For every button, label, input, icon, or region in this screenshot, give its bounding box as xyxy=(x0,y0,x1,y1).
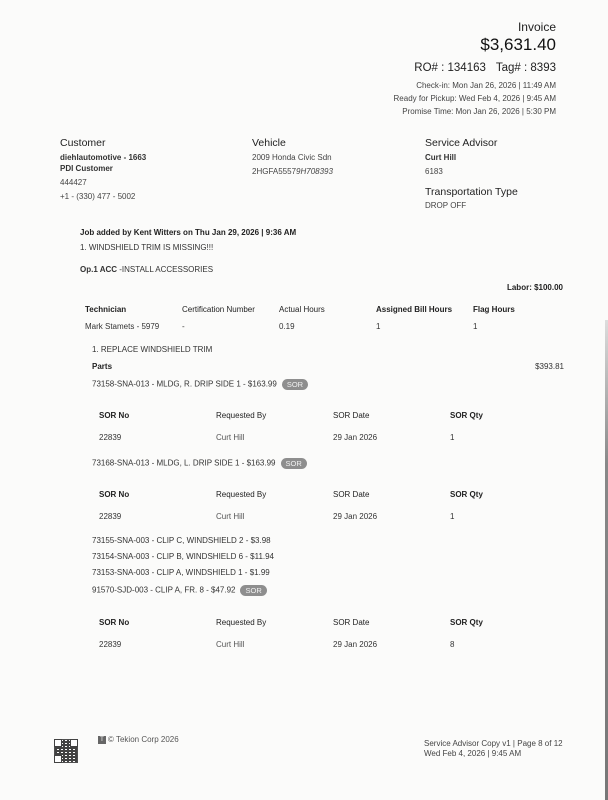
sor-table-header: SOR No Requested By SOR Date SOR Qty xyxy=(99,411,510,420)
ro-number: RO# : 134163 xyxy=(414,62,486,74)
vin-prefix: 2HGFA5557 xyxy=(252,167,296,176)
tech-cert: - xyxy=(182,322,279,331)
tech-name: Mark Stamets - 5979 xyxy=(85,322,182,331)
part-desc: 73158-SNA-013 - MLDG, R. DRIP SIDE 1 - $… xyxy=(92,380,277,389)
sor-requested-by: Curt Hill xyxy=(216,512,333,521)
part-desc: 73168-SNA-013 - MLDG, L. DRIP SIDE 1 - $… xyxy=(92,459,276,468)
operation-desc: -INSTALL ACCESSORIES xyxy=(117,265,213,274)
copyright-text: © Tekion Corp 2026 xyxy=(108,735,179,744)
copyright: T© Tekion Corp 2026 xyxy=(98,735,179,744)
sor-header-date: SOR Date xyxy=(333,490,450,499)
vehicle-vin: 2HGFA55579H708393 xyxy=(252,166,333,177)
tech-table-header: Technician Certification Number Actual H… xyxy=(85,305,553,314)
print-timestamp: Wed Feb 4, 2026 | 9:45 AM xyxy=(424,749,521,758)
qr-code-icon xyxy=(54,739,78,763)
service-advisor-name: Curt Hill xyxy=(425,152,518,163)
tekion-logo-icon: T xyxy=(98,736,106,744)
tech-header-assigned: Assigned Bill Hours xyxy=(376,305,473,314)
tech-header-flag: Flag Hours xyxy=(473,305,553,314)
sor-table-row: 22839 Curt Hill 29 Jan 2026 1 xyxy=(99,433,510,442)
parts-total: $393.81 xyxy=(535,362,564,371)
job-concern: 1. WINDSHIELD TRIM IS MISSING!!! xyxy=(80,243,213,252)
sor-requested-by: Curt Hill xyxy=(216,640,333,649)
sor-badge: SOR xyxy=(281,458,307,469)
sor-header-no: SOR No xyxy=(99,618,216,627)
tech-header-technician: Technician xyxy=(85,305,182,314)
sor-header-requested: Requested By xyxy=(216,411,333,420)
tech-assigned-hours: 1 xyxy=(376,322,473,331)
sor-table-header: SOR No Requested By SOR Date SOR Qty xyxy=(99,490,510,499)
sor-badge: SOR xyxy=(282,379,308,390)
part-line: 73153-SNA-003 - CLIP A, WINDSHIELD 1 - $… xyxy=(92,568,270,577)
customer-id: 444427 xyxy=(60,177,146,188)
part-line: 73158-SNA-013 - MLDG, R. DRIP SIDE 1 - $… xyxy=(92,379,308,390)
promise-time: Promise Time: Mon Jan 26, 2026 | 5:30 PM xyxy=(402,107,556,116)
ready-for-pickup: Ready for Pickup: Wed Feb 4, 2026 | 9:45… xyxy=(394,94,556,103)
service-advisor-title: Service Advisor xyxy=(425,137,518,149)
tech-header-cert: Certification Number xyxy=(182,305,279,314)
sor-table-header: SOR No Requested By SOR Date SOR Qty xyxy=(99,618,510,627)
sor-badge: SOR xyxy=(240,585,266,596)
customer-type: PDI Customer xyxy=(60,163,146,174)
sor-header-qty: SOR Qty xyxy=(450,490,510,499)
service-advisor-id: 6183 xyxy=(425,166,518,177)
service-advisor-section: Service Advisor Curt Hill 6183 Transport… xyxy=(425,137,518,211)
sor-requested-by: Curt Hill xyxy=(216,433,333,442)
operation-line: Op.1 ACC -INSTALL ACCESSORIES xyxy=(80,265,213,274)
tag-number: Tag# : 8393 xyxy=(496,62,556,74)
ro-tag-line: RO# : 134163Tag# : 8393 xyxy=(414,62,556,74)
copy-info: Service Advisor Copy v1 | Page 8 of 12 xyxy=(424,739,563,748)
sor-date: 29 Jan 2026 xyxy=(333,512,450,521)
sor-no: 22839 xyxy=(99,512,216,521)
sor-no: 22839 xyxy=(99,640,216,649)
job-added-by: Job added by Kent Witters on Thu Jan 29,… xyxy=(80,228,296,237)
operation-code: Op.1 ACC xyxy=(80,265,117,274)
tech-actual-hours: 0.19 xyxy=(279,322,376,331)
labor-total: Labor: $100.00 xyxy=(507,283,563,292)
correction: 1. REPLACE WINDSHIELD TRIM xyxy=(92,345,212,354)
sor-table-row: 22839 Curt Hill 29 Jan 2026 1 xyxy=(99,512,510,521)
parts-label: Parts xyxy=(92,362,112,371)
sor-no: 22839 xyxy=(99,433,216,442)
part-line: 73155-SNA-003 - CLIP C, WINDSHIELD 2 - $… xyxy=(92,536,271,545)
sor-header-no: SOR No xyxy=(99,490,216,499)
sor-header-date: SOR Date xyxy=(333,618,450,627)
invoice-total: $3,631.40 xyxy=(480,35,556,55)
customer-section: Customer diehlautomotive - 1663 PDI Cust… xyxy=(60,137,146,202)
customer-phone: +1 - (330) 477 - 5002 xyxy=(60,191,146,202)
part-line: 73168-SNA-013 - MLDG, L. DRIP SIDE 1 - $… xyxy=(92,458,307,469)
sor-table-row: 22839 Curt Hill 29 Jan 2026 8 xyxy=(99,640,510,649)
part-line: 91570-SJD-003 - CLIP A, FR. 8 - $47.92SO… xyxy=(92,585,267,596)
document-type: Invoice xyxy=(518,20,556,34)
transportation-title: Transportation Type xyxy=(425,186,518,198)
transportation-value: DROP OFF xyxy=(425,200,518,211)
tech-flag-hours: 1 xyxy=(473,322,553,331)
sor-header-no: SOR No xyxy=(99,411,216,420)
sor-header-date: SOR Date xyxy=(333,411,450,420)
customer-title: Customer xyxy=(60,137,146,149)
sor-qty: 1 xyxy=(450,512,510,521)
tech-table-row: Mark Stamets - 5979 - 0.19 1 1 xyxy=(85,322,553,331)
sor-header-qty: SOR Qty xyxy=(450,411,510,420)
sor-header-qty: SOR Qty xyxy=(450,618,510,627)
check-in: Check-in: Mon Jan 26, 2026 | 11:49 AM xyxy=(416,81,556,90)
tech-header-actual: Actual Hours xyxy=(279,305,376,314)
sor-header-requested: Requested By xyxy=(216,618,333,627)
sor-qty: 1 xyxy=(450,433,510,442)
sor-qty: 8 xyxy=(450,640,510,649)
vehicle-title: Vehicle xyxy=(252,137,333,149)
customer-name: diehlautomotive - 1663 xyxy=(60,152,146,163)
vehicle-description: 2009 Honda Civic Sdn xyxy=(252,152,333,163)
vin-suffix: 9H708393 xyxy=(296,167,333,176)
sor-header-requested: Requested By xyxy=(216,490,333,499)
part-line: 73154-SNA-003 - CLIP B, WINDSHIELD 6 - $… xyxy=(92,552,274,561)
vehicle-section: Vehicle 2009 Honda Civic Sdn 2HGFA55579H… xyxy=(252,137,333,177)
sor-date: 29 Jan 2026 xyxy=(333,640,450,649)
sor-date: 29 Jan 2026 xyxy=(333,433,450,442)
part-desc: 91570-SJD-003 - CLIP A, FR. 8 - $47.92 xyxy=(92,586,235,595)
